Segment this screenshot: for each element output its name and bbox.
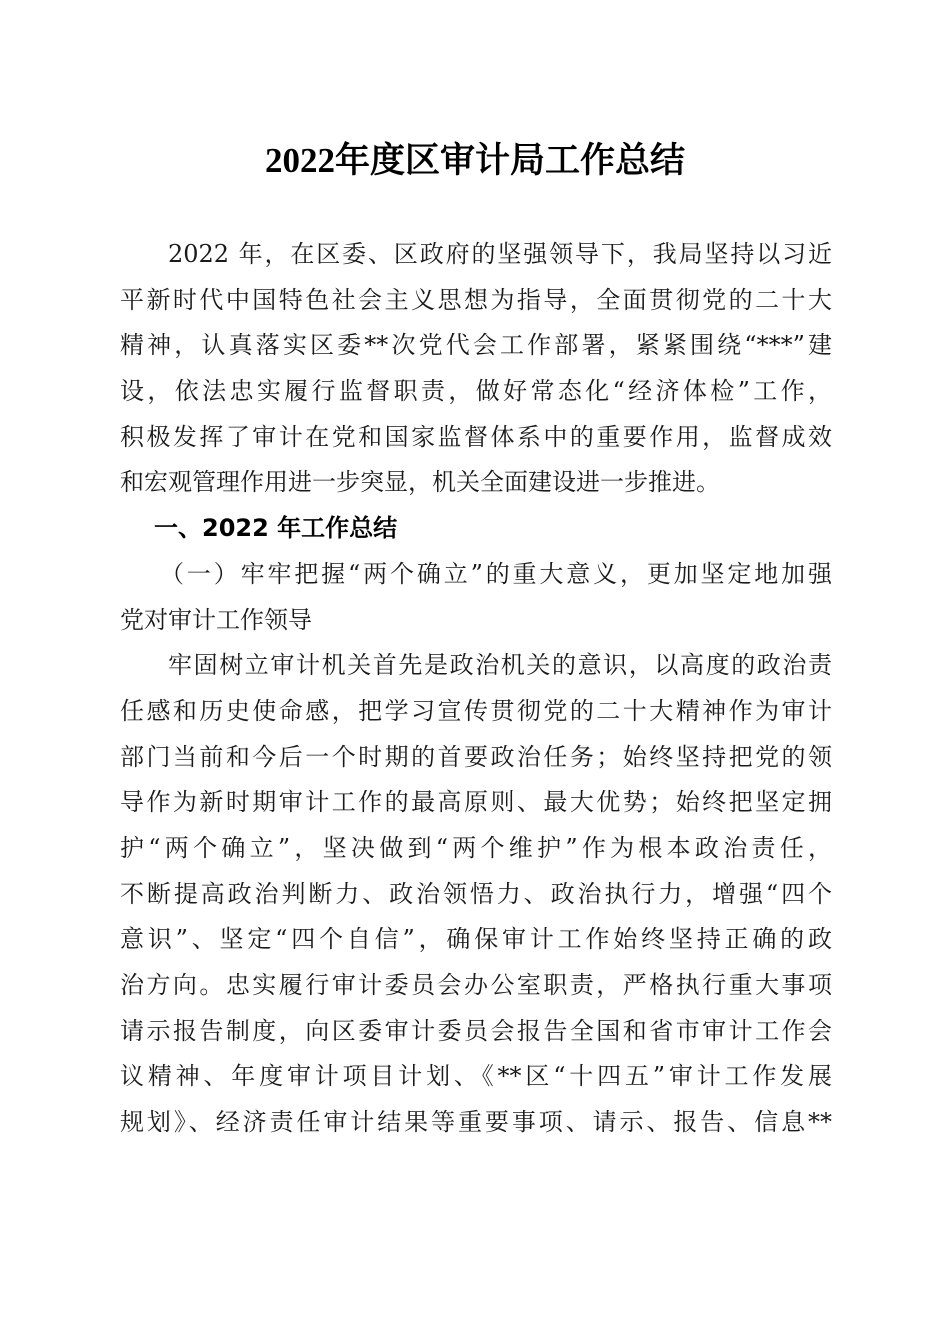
intro-paragraph: 2022 年，在区委、区政府的坚强领导下，我局坚持以习近 平新时代中国特色社会主…	[120, 232, 832, 506]
text-line: 积极发挥了审计在党和国家监督体系中的重要作用，监督成效	[120, 415, 832, 461]
text-line: （一）牢牢把握“两个确立”的重大意义，更加坚定地加强	[120, 552, 832, 598]
text-line: 治方向。忠实履行审计委员会办公室职责，严格执行重大事项	[120, 963, 832, 1009]
text-line: 平新时代中国特色社会主义思想为指导，全面贯彻党的二十大	[120, 278, 832, 324]
text-line: 和宏观管理作用进一步突显，机关全面建设进一步推进。	[120, 460, 832, 506]
text-line: 任感和历史使命感，把学习宣传贯彻党的二十大精神作为审计	[120, 689, 832, 735]
text-line: 部门当前和今后一个时期的首要政治任务；始终坚持把党的领	[120, 735, 832, 781]
document-body: 2022 年，在区委、区政府的坚强领导下，我局坚持以习近 平新时代中国特色社会主…	[120, 232, 832, 1146]
text-line: 不断提高政治判断力、政治领悟力、政治执行力，增强“四个	[120, 872, 832, 918]
document-page: 2022年度区审计局工作总结 2022 年，在区委、区政府的坚强领导下，我局坚持…	[0, 0, 950, 1344]
text-line: 导作为新时期审计工作的最高原则、最大优势；始终把坚定拥	[120, 780, 832, 826]
text-line: 精神，认真落实区委**次党代会工作部署，紧紧围绕“***”建	[120, 323, 832, 369]
subsection-heading: （一）牢牢把握“两个确立”的重大意义，更加坚定地加强 党对审计工作领导	[120, 552, 832, 643]
text-line: 设，依法忠实履行监督职责，做好常态化“经济体检”工作，	[120, 369, 832, 415]
document-title: 2022年度区审计局工作总结	[0, 136, 950, 186]
text-line: 2022 年，在区委、区政府的坚强领导下，我局坚持以习近	[120, 232, 832, 278]
text-line: 党对审计工作领导	[120, 598, 832, 644]
text-line: 议精神、年度审计项目计划、《**区“十四五”审计工作发展	[120, 1054, 832, 1100]
text-line: 请示报告制度，向区委审计委员会报告全国和省市审计工作会	[120, 1009, 832, 1055]
text-line: 意识”、坚定“四个自信”，确保审计工作始终坚持正确的政	[120, 917, 832, 963]
text-line: 牢固树立审计机关首先是政治机关的意识，以高度的政治责	[120, 643, 832, 689]
subsection-paragraph: 牢固树立审计机关首先是政治机关的意识，以高度的政治责 任感和历史使命感，把学习宣…	[120, 643, 832, 1146]
text-line: 规划》、经济责任审计结果等重要事项、请示、报告、信息**	[120, 1100, 832, 1146]
text-line: 护“两个确立”，坚决做到“两个维护”作为根本政治责任，	[120, 826, 832, 872]
section-heading: 一、2022 年工作总结	[120, 506, 832, 552]
